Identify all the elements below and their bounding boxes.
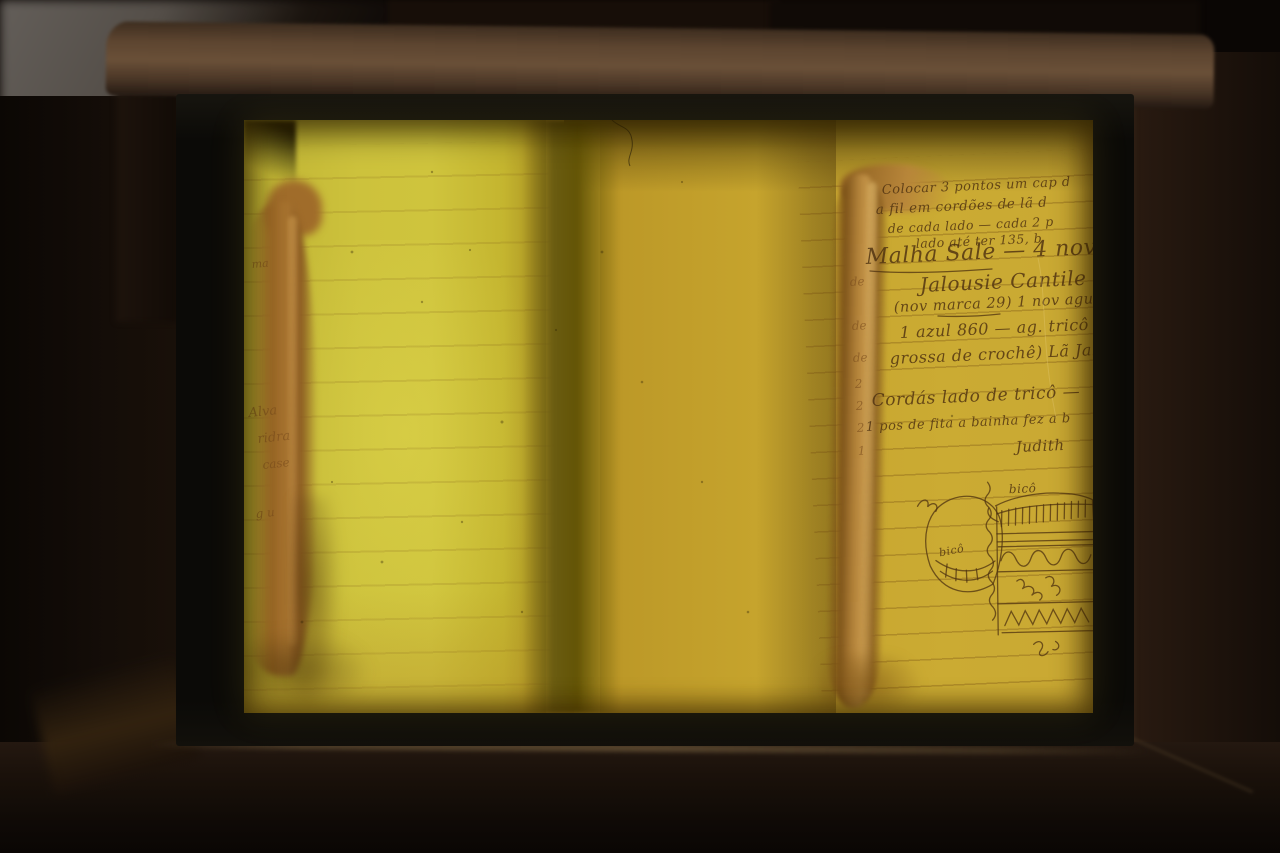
slide-image: Colocar 3 pontos um cap d a fil em cordõ… <box>244 120 1093 713</box>
wood-left-post <box>116 92 178 322</box>
photograph: Colocar 3 pontos um cap d a fil em cordõ… <box>0 0 1280 853</box>
wood-right-panel <box>1126 52 1280 853</box>
slide-vignette <box>244 120 1093 713</box>
